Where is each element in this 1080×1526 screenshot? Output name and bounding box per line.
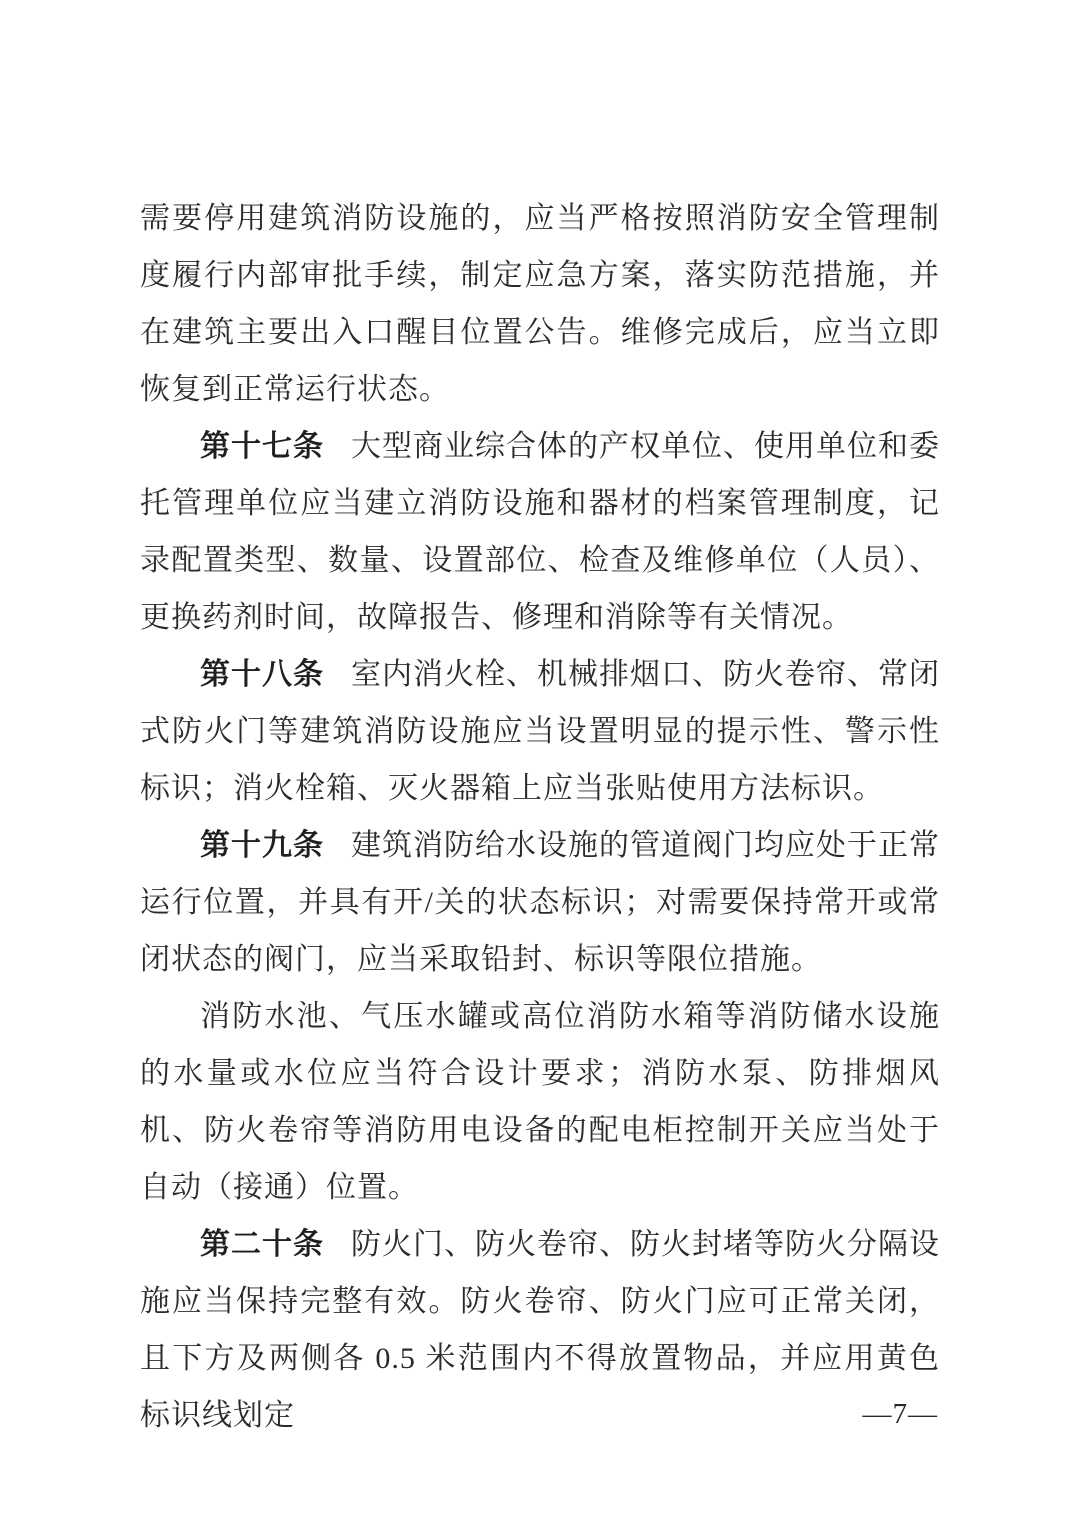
article-heading: 第十九条	[200, 829, 324, 862]
para-article-19: 第十九条建筑消防给水设施的管道阀门均应处于正常运行位置，并具有开/关的状态标识；…	[140, 817, 940, 988]
para-water-storage: 消防水池、气压水罐或高位消防水箱等消防储水设施的水量或水位应当符合设计要求；消防…	[140, 988, 940, 1216]
para-article-17: 第十七条大型商业综合体的产权单位、使用单位和委托管理单位应当建立消防设施和器材的…	[140, 418, 940, 646]
article-heading: 第十七条	[200, 430, 324, 463]
para-article-18: 第十八条室内消火栓、机械排烟口、防火卷帘、常闭式防火门等建筑消防设施应当设置明显…	[140, 646, 940, 817]
document-body: 需要停用建筑消防设施的，应当严格按照消防安全管理制度履行内部审批手续，制定应急方…	[140, 190, 940, 1444]
para-continuation: 需要停用建筑消防设施的，应当严格按照消防安全管理制度履行内部审批手续，制定应急方…	[140, 190, 940, 418]
document-page: 需要停用建筑消防设施的，应当严格按照消防安全管理制度履行内部审批手续，制定应急方…	[0, 0, 1080, 1526]
paragraph-text: 需要停用建筑消防设施的，应当严格按照消防安全管理制度履行内部审批手续，制定应急方…	[140, 202, 940, 406]
paragraph-text: 消防水池、气压水罐或高位消防水箱等消防储水设施的水量或水位应当符合设计要求；消防…	[140, 1000, 940, 1204]
article-heading: 第十八条	[200, 658, 324, 691]
para-article-20: 第二十条防火门、防火卷帘、防火封堵等防火分隔设施应当保持完整有效。防火卷帘、防火…	[140, 1216, 940, 1444]
article-heading: 第二十条	[200, 1228, 324, 1261]
page-number: —7—	[863, 1398, 939, 1431]
